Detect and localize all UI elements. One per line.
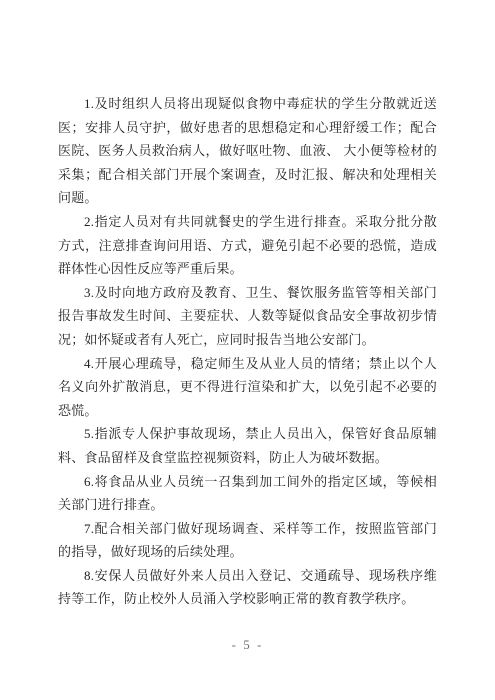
text-line: 方式，注意排查询问用语、方式，避免引起不必要的恐慌，造成 (58, 234, 437, 258)
text-line: 群体性心因性反应等严重后果。 (58, 257, 437, 281)
text-line: 报告事故发生时间、主要症状、人数等疑似食品安全事故初步情 (58, 304, 437, 328)
text-line: 的指导，做好现场的后续处理。 (58, 540, 437, 564)
paragraph-1: 1.及时组织人员将出现疑似食物中毒症状的学生分散就近送 医；安排人员守护，做好患… (58, 92, 437, 210)
text-line: 3.及时向地方政府及教育、卫生、餐饮服务监管等相关部门 (58, 281, 437, 305)
text-line: 1.及时组织人员将出现疑似食物中毒症状的学生分散就近送 (58, 92, 437, 116)
text-line: 关部门进行排查。 (58, 493, 437, 517)
text-line: 料、食品留样及食堂监控视频资料，防止人为破坏数据。 (58, 446, 437, 470)
text-line: 采集；配合相关部门开展个案调查，及时汇报、解决和处理相关 (58, 163, 437, 187)
text-line: 4.开展心理疏导，稳定师生及从业人员的情绪；禁止以个人 (58, 352, 437, 376)
paragraph-6: 6.将食品从业人员统一召集到加工间外的指定区域，等候相 关部门进行排查。 (58, 470, 437, 517)
text-line: 况；如怀疑或者有人死亡，应同时报告当地公安部门。 (58, 328, 437, 352)
text-line: 5.指派专人保护事故现场，禁止人员出入，保管好食品原辅 (58, 422, 437, 446)
paragraph-5: 5.指派专人保护事故现场，禁止人员出入，保管好食品原辅 料、食品留样及食堂监控视… (58, 422, 437, 469)
text-line: 2.指定人员对有共同就餐史的学生进行排查。采取分批分散 (58, 210, 437, 234)
text-line: 名义向外扩散消息，更不得进行渲染和扩大，以免引起不必要的 (58, 375, 437, 399)
text-line: 7.配合相关部门做好现场调查、采样等工作，按照监管部门 (58, 517, 437, 541)
page-number: - 5 - (0, 637, 495, 653)
text-line: 持等工作，防止校外人员涌入学校影响正常的教育教学秩序。 (58, 587, 437, 611)
text-line: 恐慌。 (58, 399, 437, 423)
document-body: 1.及时组织人员将出现疑似食物中毒症状的学生分散就近送 医；安排人员守护，做好患… (58, 92, 437, 611)
text-line: 8.安保人员做好外来人员出入登记、交通疏导、现场秩序维 (58, 564, 437, 588)
text-line: 医；安排人员守护，做好患者的思想稳定和心理舒缓工作；配合 (58, 116, 437, 140)
paragraph-3: 3.及时向地方政府及教育、卫生、餐饮服务监管等相关部门 报告事故发生时间、主要症… (58, 281, 437, 352)
text-line: 问题。 (58, 186, 437, 210)
paragraph-8: 8.安保人员做好外来人员出入登记、交通疏导、现场秩序维 持等工作，防止校外人员涌… (58, 564, 437, 611)
paragraph-7: 7.配合相关部门做好现场调查、采样等工作，按照监管部门 的指导，做好现场的后续处… (58, 517, 437, 564)
text-line: 医院、医务人员救治病人，做好呕吐物、血液、 大小便等检材的 (58, 139, 437, 163)
paragraph-2: 2.指定人员对有共同就餐史的学生进行排查。采取分批分散 方式，注意排查询问用语、… (58, 210, 437, 281)
paragraph-4: 4.开展心理疏导，稳定师生及从业人员的情绪；禁止以个人 名义向外扩散消息，更不得… (58, 352, 437, 423)
text-line: 6.将食品从业人员统一召集到加工间外的指定区域，等候相 (58, 470, 437, 494)
